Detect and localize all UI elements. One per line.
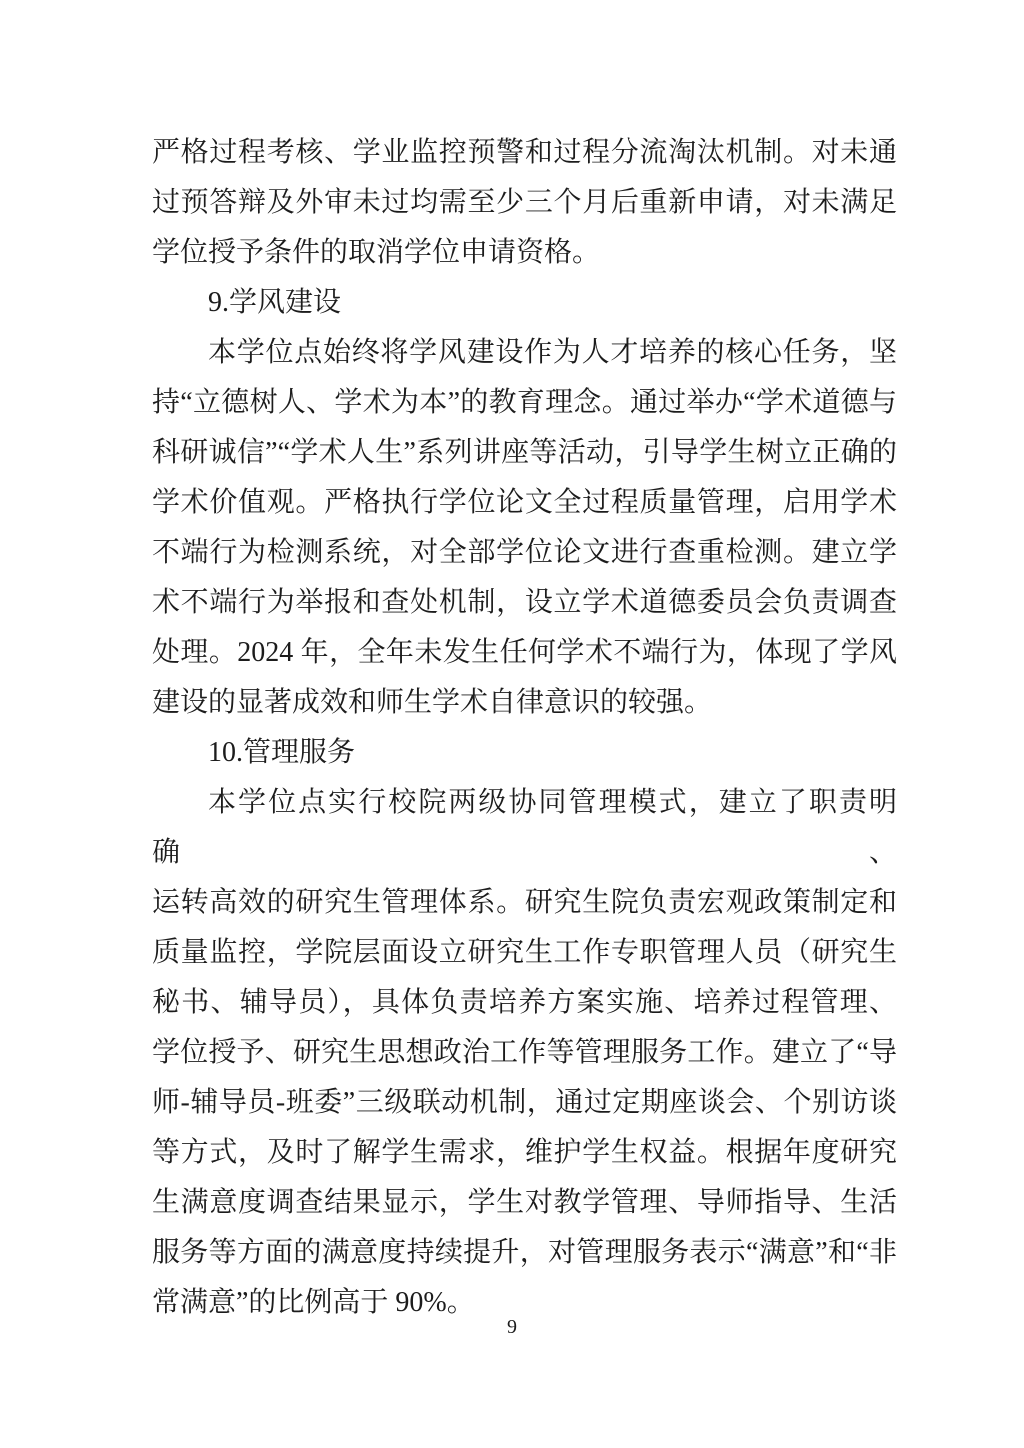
text-line: 不端行为检测系统，对全部学位论文进行查重检测。建立学 — [152, 528, 897, 578]
text-line: 过预答辩及外审未过均需至少三个月后重新申请，对未满足 — [152, 178, 897, 228]
text-line: 服务等方面的满意度持续提升，对管理服务表示“满意”和“非 — [152, 1228, 897, 1278]
text-line: 术不端行为举报和查处机制，设立学术道德委员会负责调查 — [152, 578, 897, 628]
text-line: 学位授予条件的取消学位申请资格。 — [152, 228, 897, 278]
text-line: 持“立德树人、学术为本”的教育理念。通过举办“学术道德与 — [152, 378, 897, 428]
text-line: 师-辅导员-班委”三级联动机制，通过定期座谈会、个别访谈 — [152, 1078, 897, 1128]
text-line: 严格过程考核、学业监控预警和过程分流淘汰机制。对未通 — [152, 128, 897, 178]
text-line: 10.管理服务 — [152, 728, 897, 778]
text-line: 秘书、辅导员），具体负责培养方案实施、培养过程管理、 — [152, 978, 897, 1028]
paragraph: 严格过程考核、学业监控预警和过程分流淘汰机制。对未通过预答辩及外审未过均需至少三… — [152, 128, 897, 278]
text-line: 生满意度调查结果显示，学生对教学管理、导师指导、生活 — [152, 1178, 897, 1228]
text-line: 运转高效的研究生管理体系。研究生院负责宏观政策制定和 — [152, 878, 897, 928]
document-page: 严格过程考核、学业监控预警和过程分流淘汰机制。对未通过预答辩及外审未过均需至少三… — [0, 0, 1024, 1448]
text-line: 处理。2024 年，全年未发生任何学术不端行为，体现了学风 — [152, 628, 897, 678]
text-line: 学位授予、研究生思想政治工作等管理服务工作。建立了“导 — [152, 1028, 897, 1078]
document-body: 严格过程考核、学业监控预警和过程分流淘汰机制。对未通过预答辩及外审未过均需至少三… — [152, 128, 897, 1328]
paragraph: 本学位点实行校院两级协同管理模式，建立了职责明确、运转高效的研究生管理体系。研究… — [152, 778, 897, 1328]
page-footer: 9 — [0, 1312, 1024, 1342]
page-number: 9 — [507, 1316, 517, 1338]
text-line: 质量监控，学院层面设立研究生工作专职管理人员（研究生 — [152, 928, 897, 978]
text-line: 科研诚信”“学术人生”系列讲座等活动，引导学生树立正确的 — [152, 428, 897, 478]
text-line: 等方式，及时了解学生需求，维护学生权益。根据年度研究 — [152, 1128, 897, 1178]
text-line: 建设的显著成效和师生学术自律意识的较强。 — [152, 678, 897, 728]
text-line: 学术价值观。严格执行学位论文全过程质量管理，启用学术 — [152, 478, 897, 528]
text-line: 9.学风建设 — [152, 278, 897, 328]
section-heading: 9.学风建设 — [152, 278, 897, 328]
text-line: 本学位点实行校院两级协同管理模式，建立了职责明确、 — [152, 778, 897, 878]
section-heading: 10.管理服务 — [152, 728, 897, 778]
text-line: 本学位点始终将学风建设作为人才培养的核心任务，坚 — [152, 328, 897, 378]
paragraph: 本学位点始终将学风建设作为人才培养的核心任务，坚持“立德树人、学术为本”的教育理… — [152, 328, 897, 728]
